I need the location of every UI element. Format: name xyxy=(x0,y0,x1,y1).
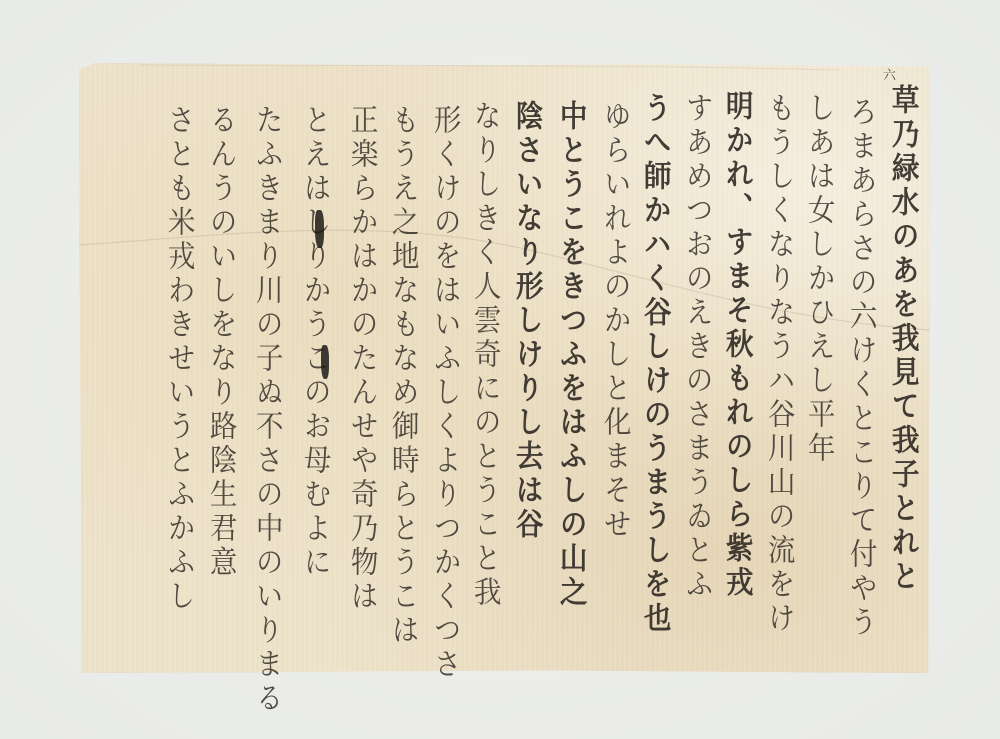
text-column-18: さとも米戎わきせいうとふかふし xyxy=(161,104,194,614)
text-column-5: 明かれ、すまそ秋もれのしら紫戎 xyxy=(719,90,752,600)
text-column-2: ろまあらさの六けくとこりて付やう xyxy=(843,96,876,640)
text-column-6: すあめつおのえきのさまうゐとふ xyxy=(679,92,712,602)
ink-blot xyxy=(315,210,324,248)
text-column-9: 中とうこをきつふをはふしの山之 xyxy=(553,100,586,610)
ink-blot xyxy=(321,345,329,379)
text-column-8: ゆらいれよのかしと化まそせ xyxy=(597,100,630,542)
page-mark: 六 xyxy=(878,68,897,81)
text-column-14: 正楽らかはかのたんせや奇乃物は xyxy=(344,104,377,614)
text-column-4: もうしくなりなうハ谷川山の流をけ xyxy=(761,92,794,636)
text-column-7: うへ師かハく谷しけのうまうしを也 xyxy=(637,92,670,636)
text-column-3: しあは女しかひえし平年 xyxy=(801,92,834,466)
text-column-17: るんうのいしをなり路陰生君意 xyxy=(203,104,236,580)
text-column-15: とえはしりかうこのお母むよに xyxy=(297,104,330,580)
text-column-11: なりしきく人雲奇にのとうこと我 xyxy=(467,100,500,610)
text-column-1: 草乃緑水のあを我見て我子とれと xyxy=(885,84,918,594)
text-column-13: もうえ之地なもなめ御時らとうこは xyxy=(385,104,418,648)
text-column-16: たふきまり川の子ぬ不さの中のいりまる xyxy=(249,104,282,716)
text-column-12: 形くけのをはいふしくよりつかくつさ xyxy=(427,104,460,682)
text-column-10: 陰さいなり形しけりし去は谷 xyxy=(509,100,542,542)
